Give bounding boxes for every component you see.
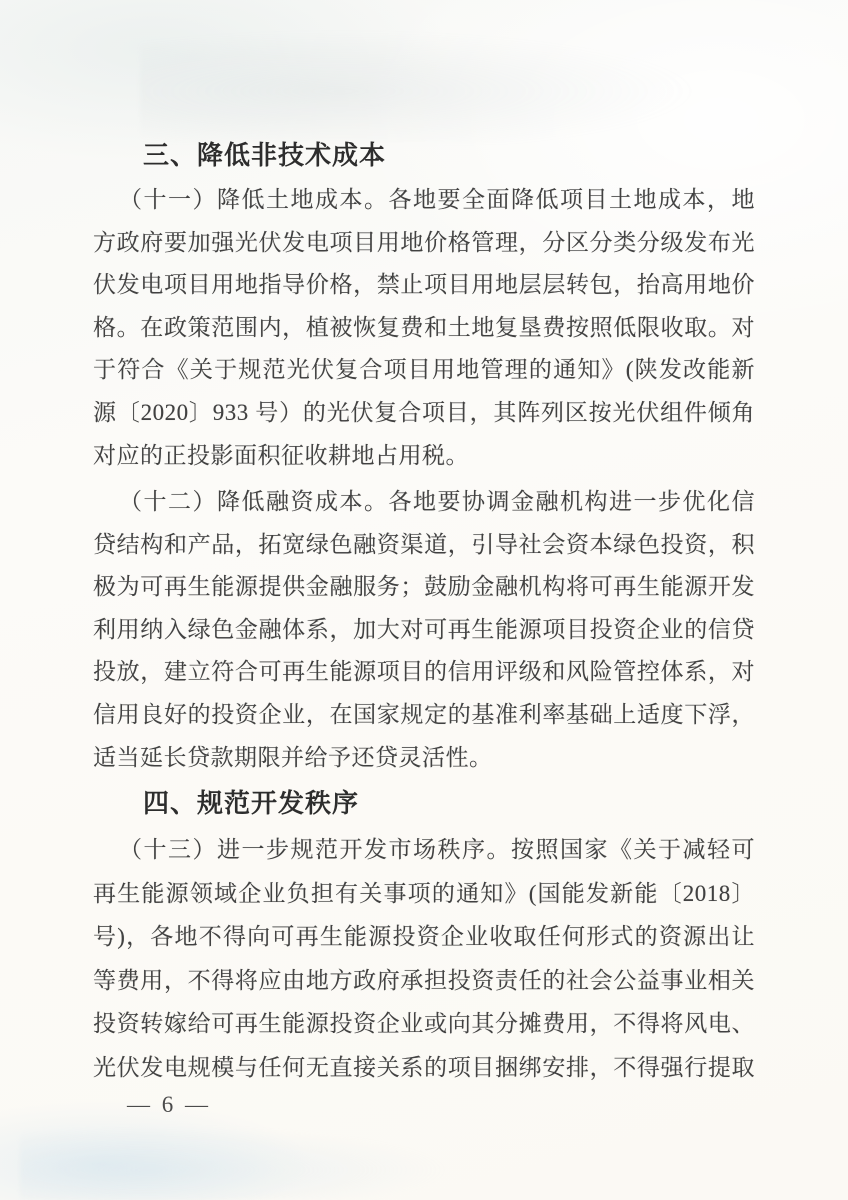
- body-line: 利用纳入绿色金融体系，加大对可再生能源项目投资企业的信贷: [93, 609, 755, 652]
- body-line: 极为可再生能源提供金融服务；鼓励金融机构将可再生能源开发: [93, 566, 755, 609]
- body-line: 方政府要加强光伏发电项目用地价格管理，分区分类分级发布光: [93, 222, 755, 265]
- body-line: （十三）进一步规范开发市场秩序。按照国家《关于减轻可: [93, 828, 755, 872]
- body-line: （十一）降低土地成本。各地要全面降低项目土地成本，地: [93, 179, 755, 222]
- body-line: （十二）降低融资成本。各地要协调金融机构进一步优化信: [93, 481, 755, 524]
- body-line: 伏发电项目用地指导价格，禁止项目用地层层转包，抬高用地价: [93, 264, 755, 307]
- body-line: 再生能源领域企业负担有关事项的通知》(国能发新能〔2018〕34: [93, 872, 755, 916]
- scan-smudge-bottom: [20, 1125, 450, 1200]
- scanned-document-page: 三、降低非技术成本 （十一）降低土地成本。各地要全面降低项目土地成本，地 方政府…: [0, 0, 848, 1200]
- section-heading-3: 三、降低非技术成本: [93, 141, 755, 171]
- paragraph-12: （十二）降低融资成本。各地要协调金融机构进一步优化信 贷结构和产品，拓宽绿色融资…: [93, 481, 755, 779]
- body-line: 光伏发电规模与任何无直接关系的项目捆绑安排，不得强行提取: [93, 1046, 755, 1090]
- body-line: 格。在政策范围内，植被恢复费和土地复垦费按照低限收取。对: [93, 307, 755, 350]
- body-line: 对应的正投影面积征收耕地占用税。: [93, 435, 755, 478]
- body-line: 适当延长贷款期限并给予还贷灵活性。: [93, 737, 755, 780]
- body-line: 投放，建立符合可再生能源项目的信用评级和风险管控体系，对: [93, 651, 755, 694]
- body-line: 贷结构和产品，拓宽绿色融资渠道，引导社会资本绿色投资，积: [93, 524, 755, 567]
- body-line: 投资转嫁给可再生能源投资企业或向其分摊费用，不得将风电、: [93, 1002, 755, 1046]
- body-line: 信用良好的投资企业，在国家规定的基准利率基础上适度下浮，: [93, 694, 755, 737]
- page-number: — 6 —: [127, 1092, 211, 1118]
- body-line: 源〔2020〕933 号）的光伏复合项目，其阵列区按光伏组件倾角: [93, 392, 755, 435]
- scan-smudge-top: [140, 28, 710, 143]
- paragraph-11: （十一）降低土地成本。各地要全面降低项目土地成本，地 方政府要加强光伏发电项目用…: [93, 179, 755, 477]
- section-heading-4: 四、规范开发秩序: [93, 789, 755, 819]
- body-line: 等费用，不得将应由地方政府承担投资责任的社会公益事业相关: [93, 959, 755, 1003]
- body-line: 于符合《关于规范光伏复合项目用地管理的通知》(陕发改能新能: [93, 349, 755, 392]
- paragraph-13: （十三）进一步规范开发市场秩序。按照国家《关于减轻可 再生能源领域企业负担有关事…: [93, 828, 755, 1089]
- body-line: 号)，各地不得向可再生能源投资企业收取任何形式的资源出让费: [93, 915, 755, 959]
